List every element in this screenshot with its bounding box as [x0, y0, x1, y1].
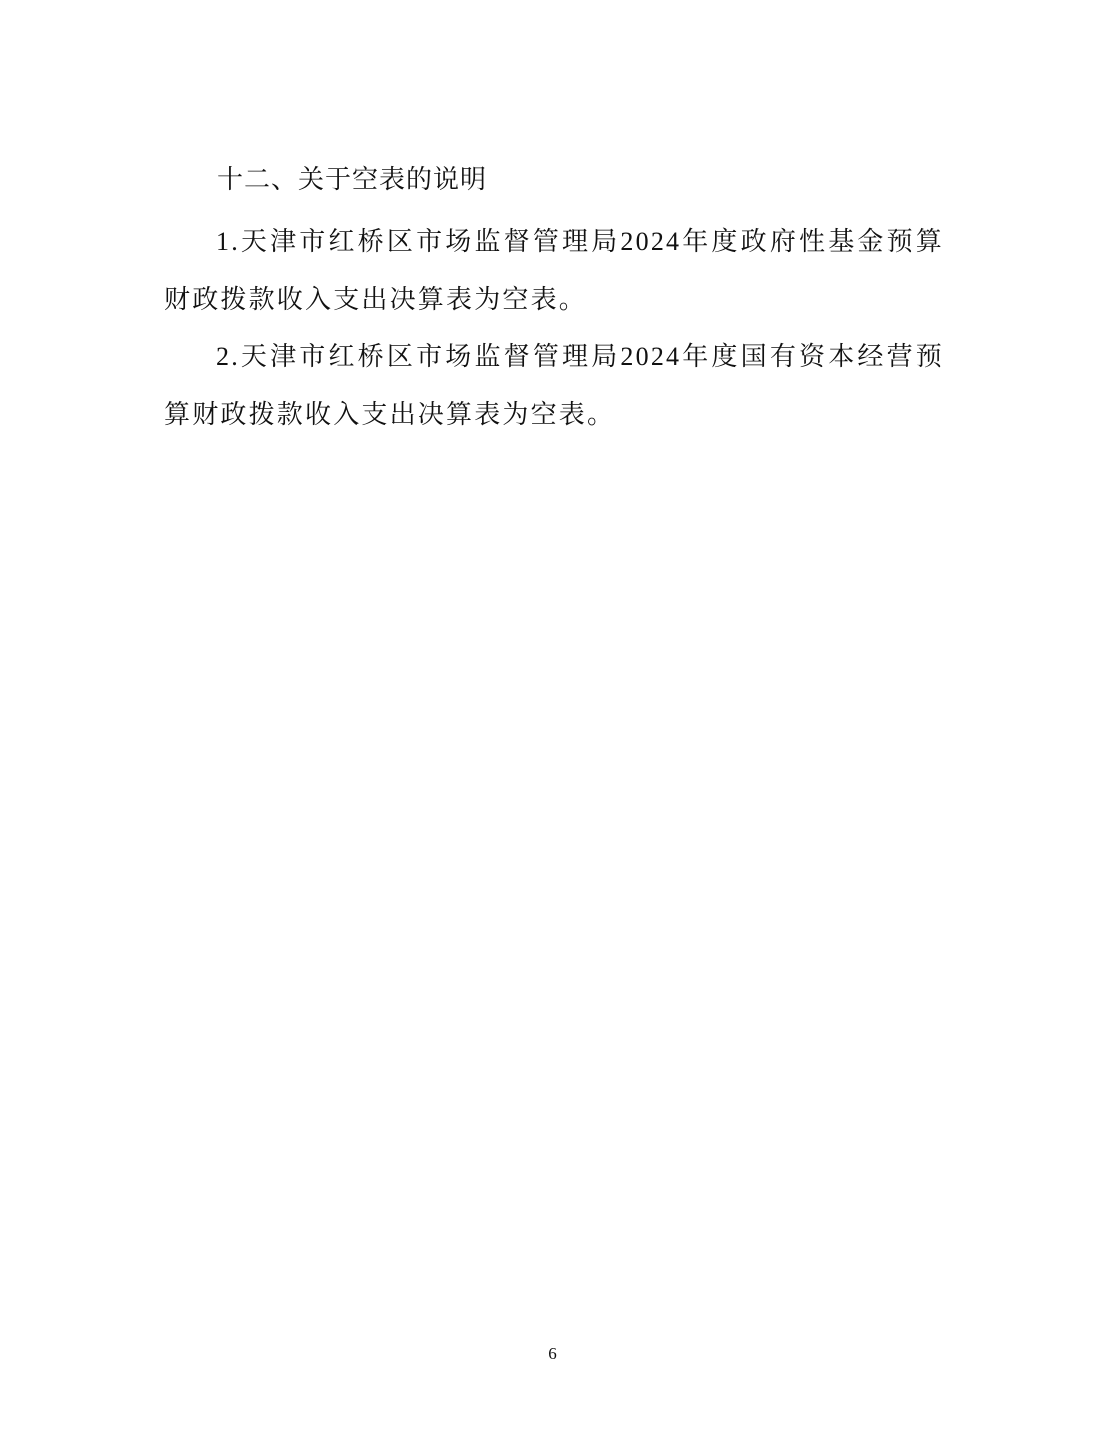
paragraph-empty-table-note-2: 2.天津市红桥区市场监督管理局2024年度国有资本经营预算财政拨款收入支出决算表… [164, 328, 944, 444]
paragraph-empty-table-note-1: 1.天津市红桥区市场监督管理局2024年度政府性基金预算财政拨款收入支出决算表为… [164, 213, 944, 329]
document-page: 十二、关于空表的说明 1.天津市红桥区市场监督管理局2024年度政府性基金预算财… [0, 0, 1105, 1430]
page-number: 6 [0, 1344, 1105, 1364]
section-heading: 十二、关于空表的说明 [217, 160, 487, 200]
